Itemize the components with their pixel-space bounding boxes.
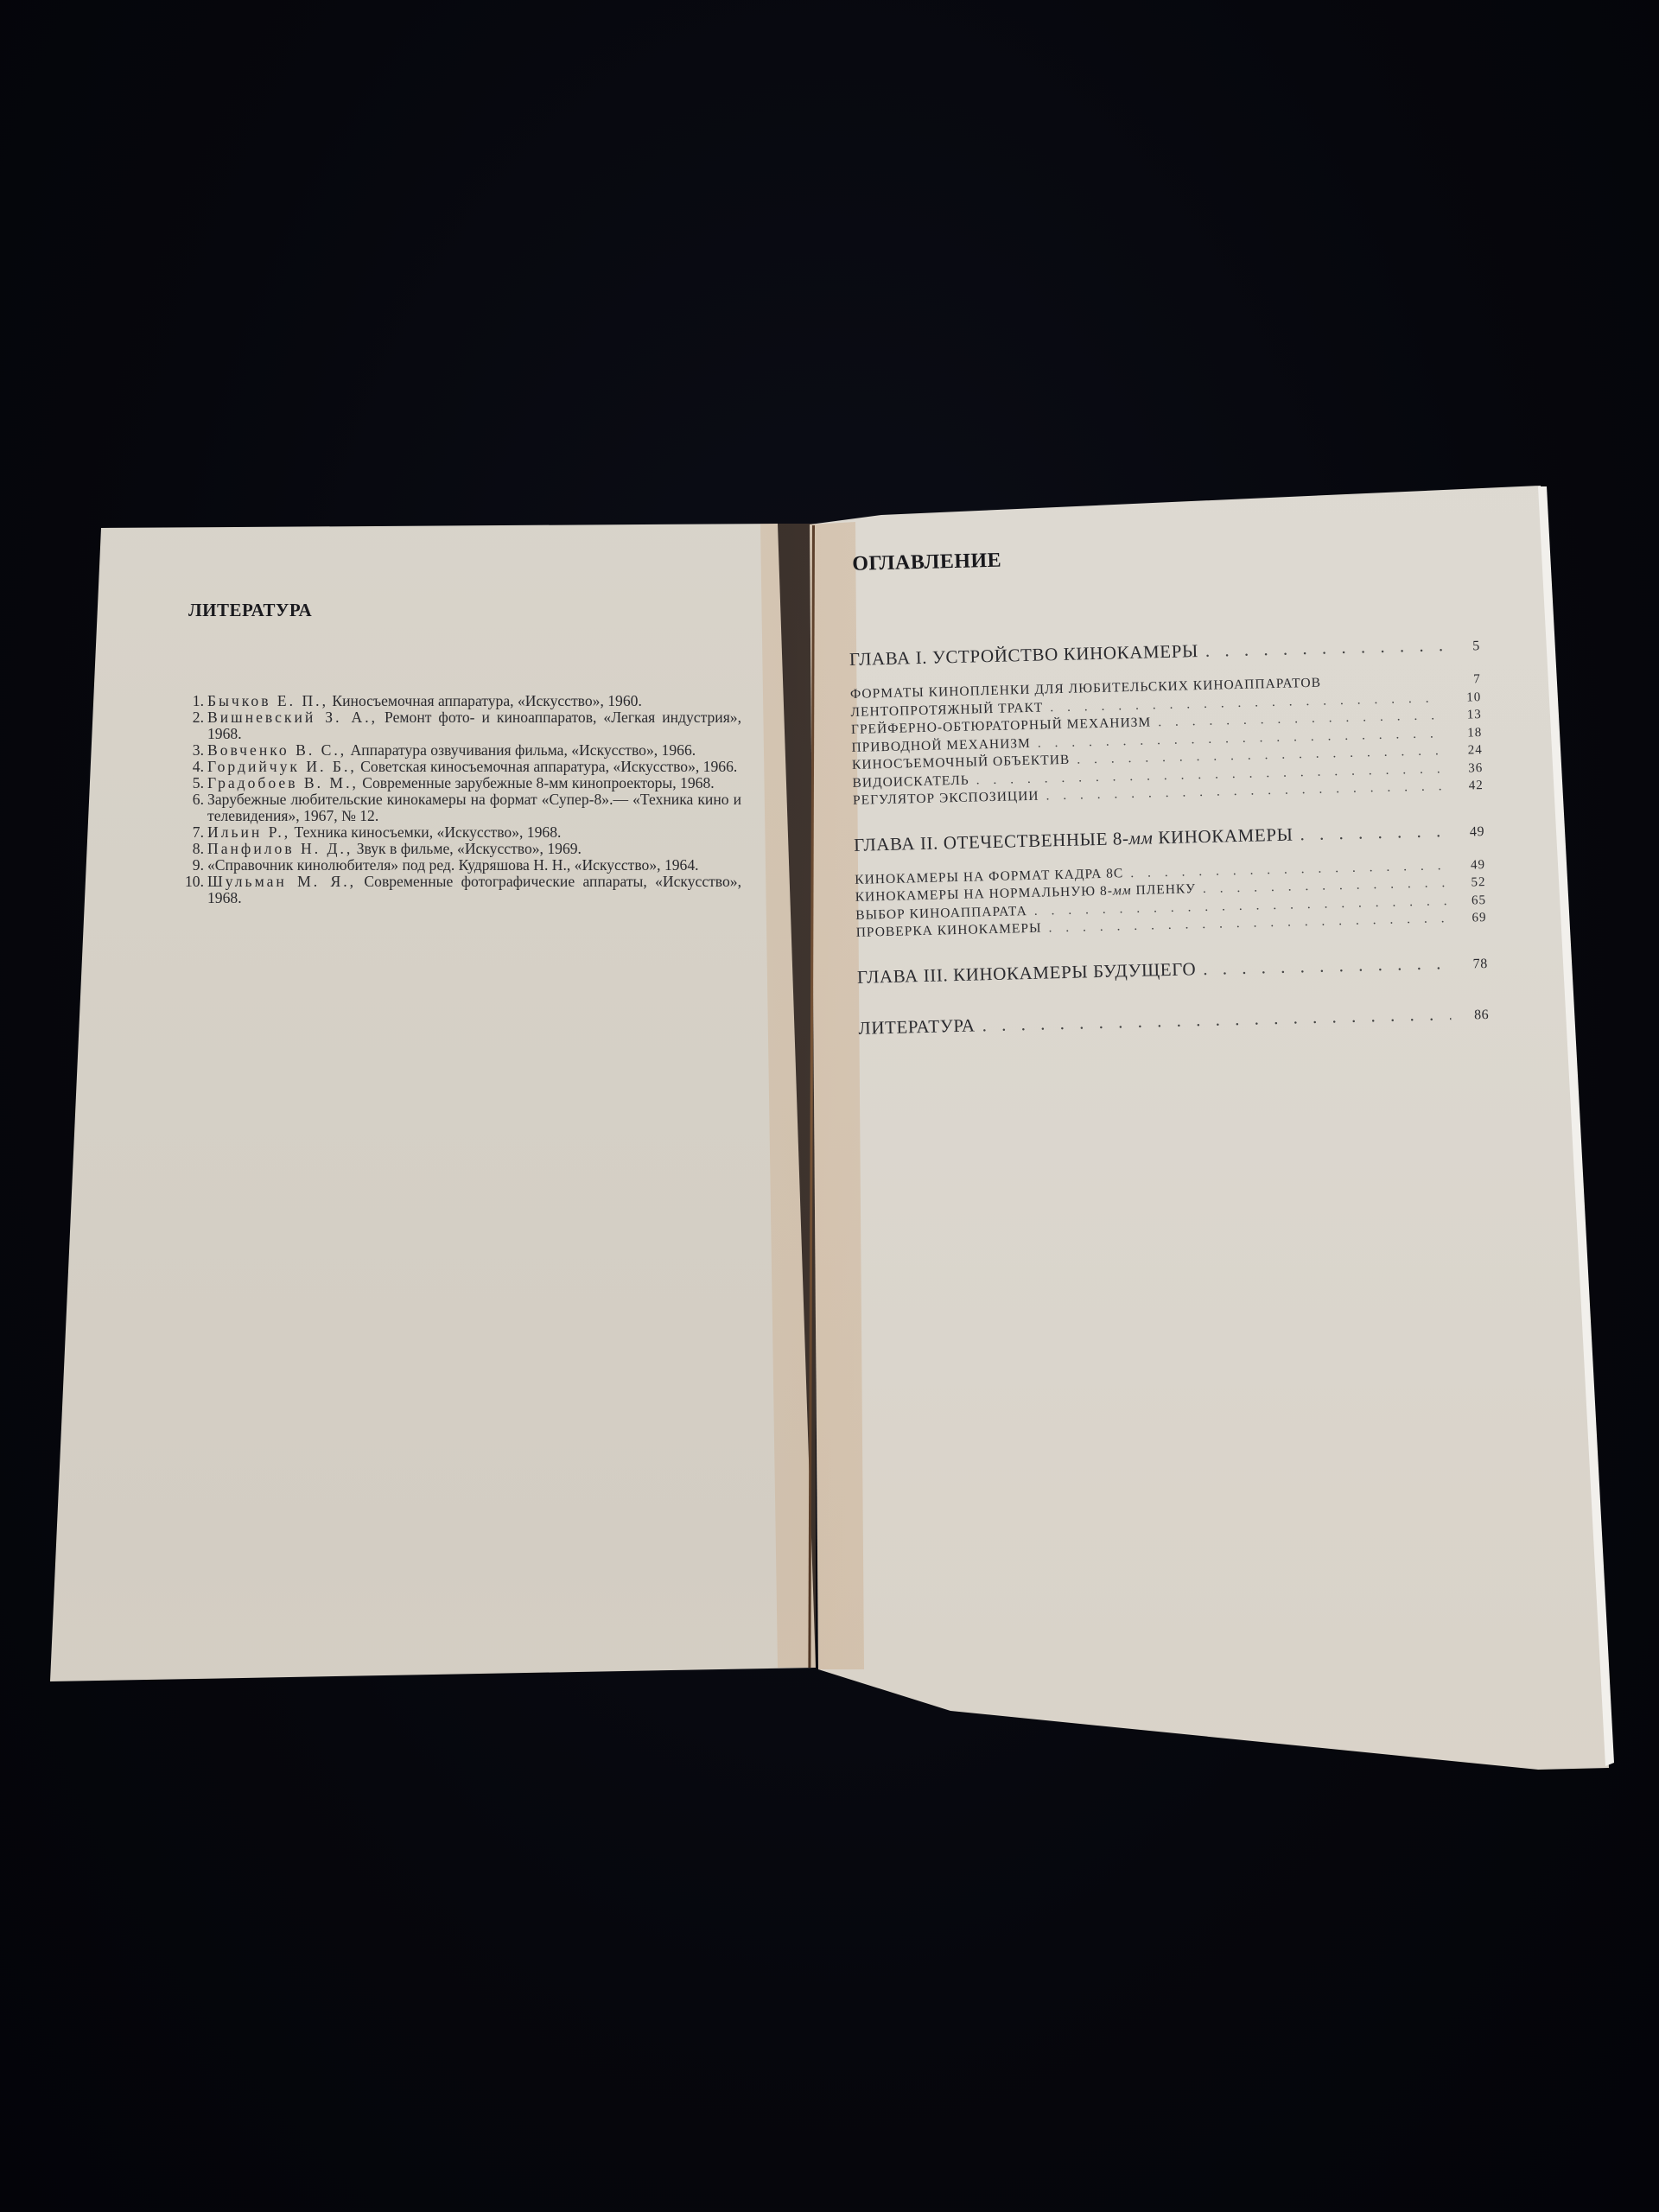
toc-page-number: 49 (1454, 857, 1485, 874)
reference-author: Градобоев В. М., (207, 774, 359, 791)
reference-item: 7.Ильин Р., Техника киносъемки, «Искусст… (188, 824, 741, 841)
leader-dots (982, 1003, 1451, 1036)
reference-item: 6.Зарубежные любительские кинокамеры на … (188, 791, 741, 824)
leader-dots (1205, 634, 1443, 662)
reference-author: Гордийчук И. Б., (207, 758, 357, 775)
reference-item: 2.Вишневский З. А., Ремонт фото- и киноа… (188, 709, 741, 742)
toc-page-number: 49 (1453, 824, 1484, 841)
reference-item: 4.Гордийчук И. Б., Советская киносъемочн… (188, 759, 741, 775)
toc-page-number: 13 (1451, 707, 1482, 724)
toc-page-number: 18 (1451, 725, 1482, 742)
toc-page-number: 7 (1450, 671, 1481, 689)
reference-author: Ильин Р., (207, 823, 290, 841)
reference-item: 3.Вовченко В. С., Аппаратура озвучивания… (188, 742, 741, 759)
reference-item: 9.«Справочник кинолюбителя» под ред. Куд… (188, 857, 741, 874)
reference-author: Вовченко В. С., (207, 741, 346, 759)
reference-item: 5.Градобоев В. М., Современные зарубежны… (188, 775, 741, 791)
reference-author: Вишневский З. А., (207, 709, 378, 726)
toc-page-number: 78 (1457, 957, 1488, 973)
toc-page-number: 10 (1450, 690, 1481, 707)
reference-author: Шульман М. Я., (207, 873, 356, 890)
toc-page-number: 42 (1452, 778, 1484, 795)
leader-dots (1300, 820, 1446, 845)
toc-page-number: 86 (1458, 1007, 1489, 1024)
leader-dots (1203, 952, 1450, 980)
reference-item: 10.Шульман М. Я., Современные фотографич… (188, 874, 741, 906)
toc-page-number: 24 (1452, 742, 1483, 760)
reference-author: Панфилов Н. Д., (207, 840, 353, 857)
table-of-contents: ОГЛАВЛЕНИЕ ГЛАВА I. УСТРОЙСТВО КИНОКАМЕР… (847, 537, 1490, 1044)
reference-author: Бычков Е. П., (207, 692, 328, 709)
toc-page-number: 36 (1452, 760, 1483, 778)
reference-item: 1.Бычков Е. П., Киносъемочная аппаратура… (188, 693, 741, 709)
toc-page-number: 5 (1449, 639, 1480, 655)
toc-page-number: 69 (1455, 910, 1486, 927)
literature-heading: ЛИТЕРАТУРА (188, 600, 312, 621)
reference-list: 1.Бычков Е. П., Киносъемочная аппаратура… (188, 693, 741, 906)
reference-item: 8.Панфилов Н. Д., Звук в фильме, «Искусс… (188, 841, 741, 857)
toc-page-number: 65 (1455, 893, 1486, 910)
toc-page-number: 52 (1454, 874, 1485, 892)
